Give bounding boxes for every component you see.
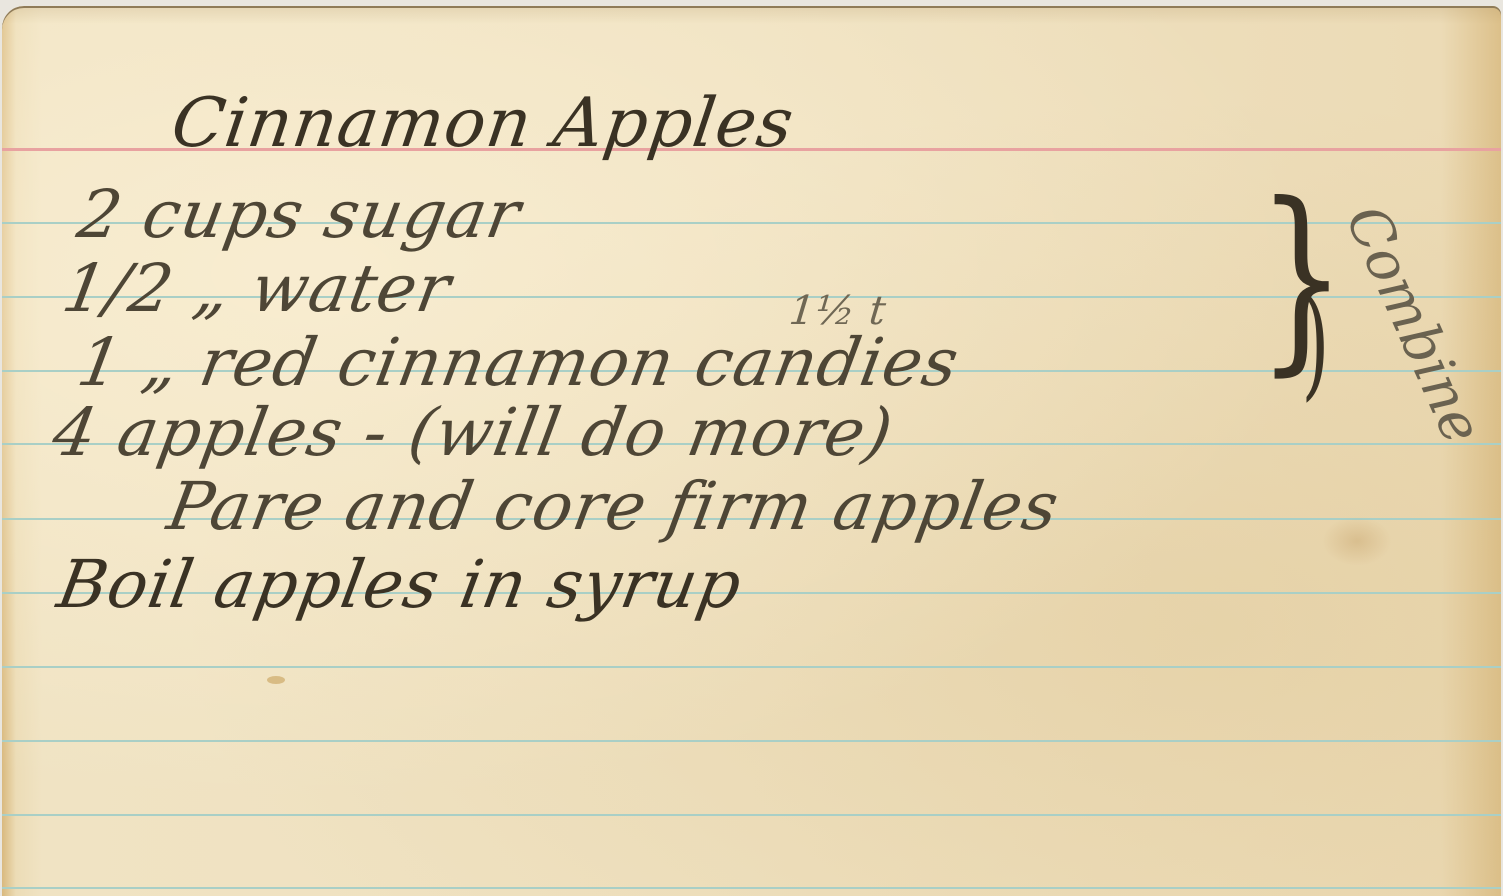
ingredient-water: 1/2 „ water: [57, 250, 457, 327]
ingredient-cinnamon-candies: 1 „ red cinnamon candies: [72, 324, 965, 401]
instruction-boil: Boil apples in syrup: [52, 546, 748, 623]
recipe-title: Cinnamon Apples: [167, 84, 799, 163]
ingredient-apples: 4 apples - (will do more): [47, 394, 899, 471]
closing-paren: ): [1301, 284, 1329, 404]
instruction-pare-core: Pare and core firm apples: [162, 468, 1065, 545]
ruled-line: [2, 814, 1501, 816]
ingredient-sugar: 2 cups sugar: [72, 176, 527, 253]
ruled-line: [2, 740, 1501, 742]
paper-stain: [1322, 516, 1392, 566]
paper-stain: [267, 676, 285, 684]
ruled-line: [2, 666, 1501, 668]
margin-note-combine: Combine: [1333, 196, 1495, 453]
recipe-card: Cinnamon Apples 2 cups sugar 1/2 „ water…: [2, 6, 1501, 896]
ruled-line: [2, 887, 1501, 889]
